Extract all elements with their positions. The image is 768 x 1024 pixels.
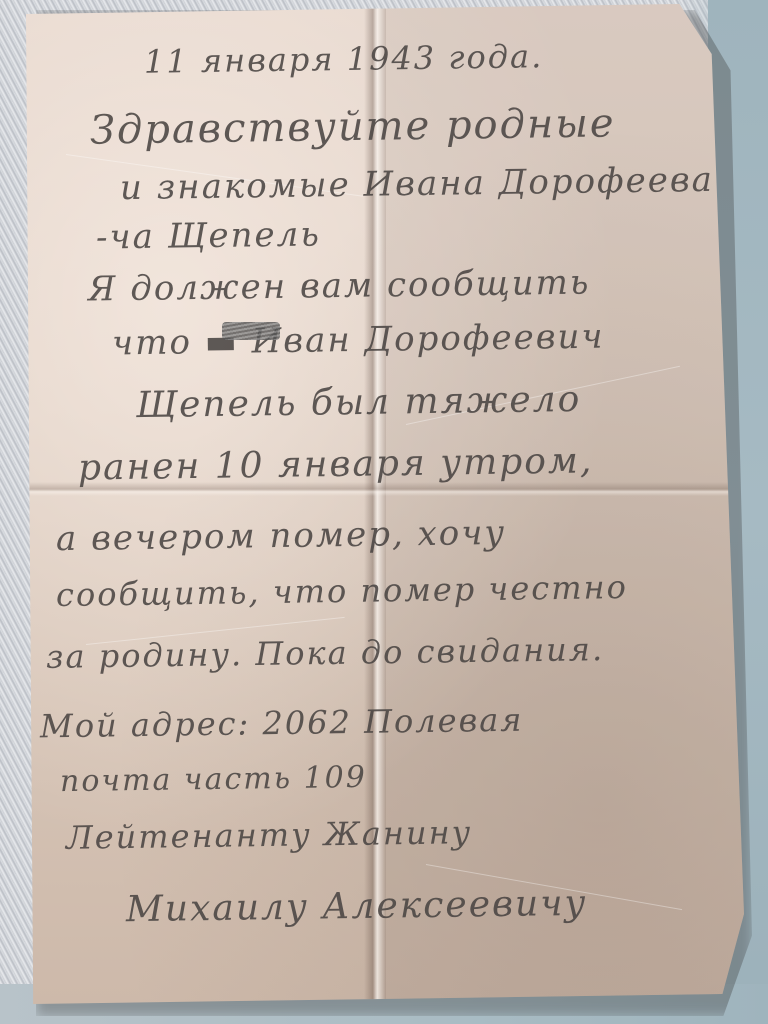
letter-line: Здравствуйте родные (90, 100, 616, 153)
letter-line: -ча Щепель (96, 214, 321, 257)
letter-line: и знакомые Ивана Дорофеева (120, 160, 714, 208)
letter-date: 11 января 1943 года. (144, 37, 544, 81)
crossed-out-word (222, 322, 280, 340)
letter-address: почта часть 109 (60, 760, 367, 799)
letter-line: сообщить, что помер честно (56, 568, 628, 614)
letter-address: Мой адрес: 2062 Полевая (40, 701, 524, 746)
letter-line: а вечером помер, хочу (56, 513, 507, 559)
letter-line: что ▬ Иван Дорофеевич (112, 317, 605, 364)
letter-signature: Михаилу Алексеевичу (126, 883, 588, 930)
letter-line: ранен 10 января утром, (78, 440, 594, 488)
letter-line: Щепель был тяжело (136, 379, 582, 426)
letter-paper: 11 января 1943 года. Здравствуйте родные… (26, 4, 744, 1004)
handwritten-text: 11 января 1943 года. Здравствуйте родные… (26, 4, 744, 1004)
letter-line: за родину. Пока до свидания. (46, 630, 605, 676)
letter-line: Я должен вам сообщить (88, 262, 591, 309)
letter-signature: Лейтенанту Жанину (66, 813, 473, 857)
